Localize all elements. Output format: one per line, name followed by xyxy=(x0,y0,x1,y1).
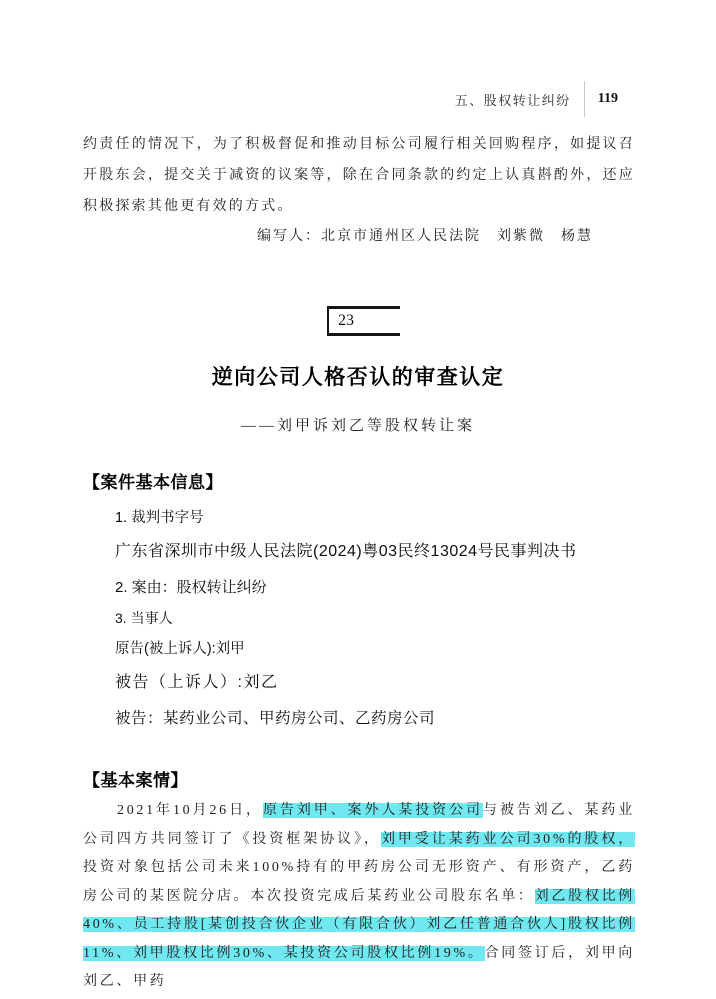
basic-info-item-cause: 2. 案由：股权转让纠纷 xyxy=(115,576,635,597)
byline: 编写人：北京市通州区人民法院 刘紫微 杨慧 xyxy=(83,225,635,245)
basic-info-heading: 【案件基本信息】 xyxy=(83,468,223,493)
intro-paragraph: 约责任的情况下，为了积极督促和推动目标公司履行相关回购程序，如提议召开股东会，提… xyxy=(83,129,635,222)
basic-info-item-defendants: 被告：某药业公司、甲药房公司、乙药房公司 xyxy=(115,706,635,728)
case-subtitle: ——刘甲诉刘乙等股权转让案 xyxy=(0,414,716,435)
highlighted-text: 原告刘甲、案外人某投资公司 xyxy=(263,803,483,818)
basic-info-item-parties-label: 3. 当事人 xyxy=(115,608,635,628)
basic-info-item-defendant-appellant: 被告（上诉人）:刘乙 xyxy=(115,669,635,692)
header-divider xyxy=(584,81,585,117)
running-head: 五、股权转让纠纷 xyxy=(455,90,571,109)
case-number: 23 xyxy=(338,312,354,329)
body-text: 2021年10月26日， xyxy=(117,803,263,818)
basic-info-item-plaintiff: 原告(被上诉人):刘甲 xyxy=(115,637,635,658)
book-page: 五、股权转让纠纷 119 约责任的情况下，为了积极督促和推动目标公司履行相关回购… xyxy=(0,0,716,999)
basic-info-item-judgment-no-label: 1. 裁判书字号 xyxy=(115,506,635,527)
basic-info-list: 1. 裁判书字号 广东省深圳市中级人民法院(2024)粤03民终13024号民事… xyxy=(115,506,635,728)
case-title: 逆向公司人格否认的审查认定 xyxy=(0,361,716,391)
page-header: 五、股权转让纠纷 119 xyxy=(0,80,618,118)
page-number: 119 xyxy=(598,91,618,107)
basic-info-item-judgment-no-value: 广东省深圳市中级人民法院(2024)粤03民终13024号民事判决书 xyxy=(115,538,633,566)
facts-heading: 【基本案情】 xyxy=(83,766,188,791)
case-facts-paragraph: 2021年10月26日，原告刘甲、案外人某投资公司与被告刘乙、某药业公司四方共同… xyxy=(83,797,635,997)
highlighted-text: 刘甲受让某药业公司30%的股权， xyxy=(381,832,635,847)
case-number-box: 23 xyxy=(327,306,400,336)
